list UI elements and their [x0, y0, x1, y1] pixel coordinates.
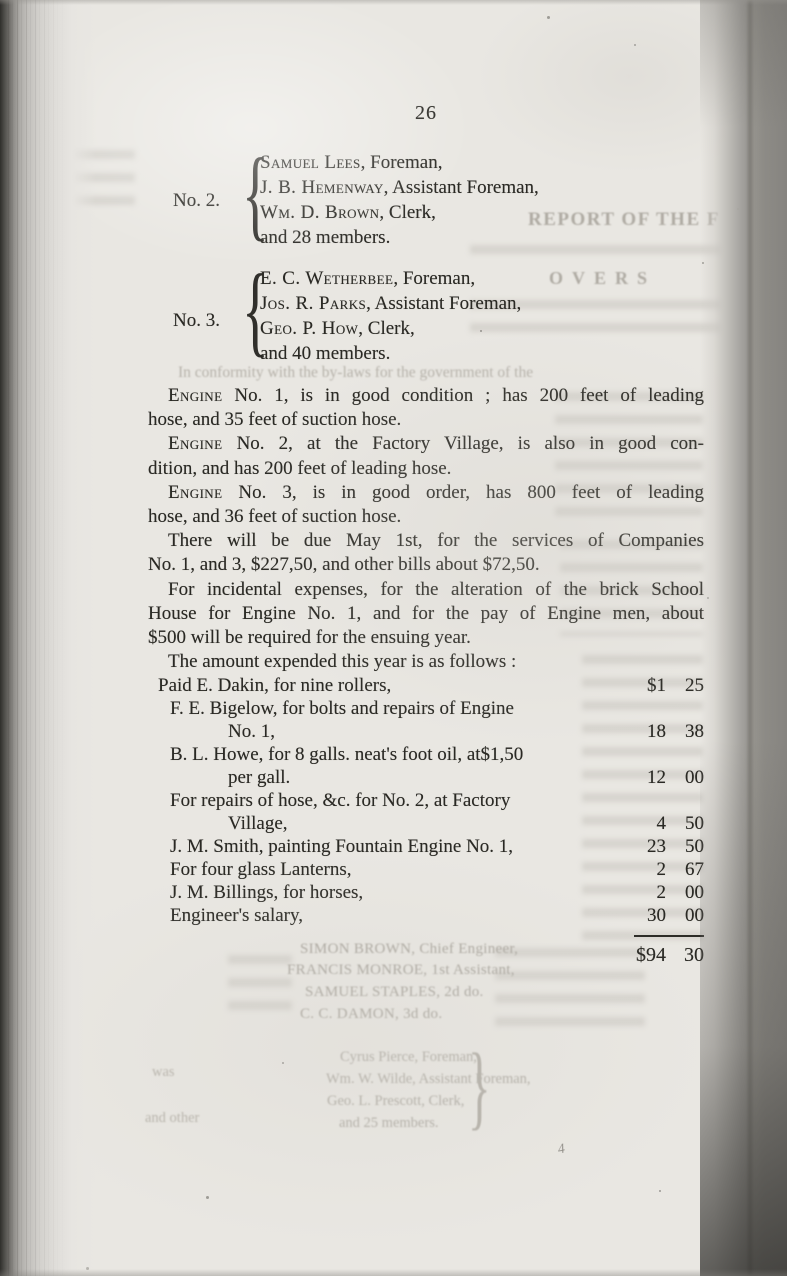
bleedthrough-fragment: was	[152, 1064, 175, 1081]
amount: 267	[626, 858, 704, 881]
expense-row: B. L. Howe, for 8 galls. neat's foot oil…	[148, 743, 704, 789]
roster-label: No. 2.	[173, 190, 220, 212]
amount: 1200	[626, 766, 704, 789]
top-edge-shadow	[0, 0, 787, 5]
roster-line: E. C. Wetherbee, Foreman,	[260, 266, 700, 291]
roster-label: No. 3.	[173, 310, 220, 332]
expense-row: J. M. Billings, for horses, 200	[148, 881, 704, 904]
roster-no-3: No. 3. { E. C. Wetherbee, Foreman, Jos. …	[148, 266, 704, 368]
expense-row: F. E. Bigelow, for bolts and repairs of …	[148, 697, 704, 743]
roster-no-2: No. 2. { Samuel Lees, Foreman, J. B. Hem…	[148, 150, 704, 252]
roster-line: Jos. R. Parks, Assistant Foreman,	[260, 291, 700, 316]
bleedthrough-fragment: and other	[145, 1110, 199, 1127]
body-line: The amount expended this year is as foll…	[148, 650, 704, 674]
bleedthrough-company-line: Geo. L. Prescott, Clerk,	[327, 1093, 464, 1110]
body-line: For incidental expenses, for the alterat…	[148, 578, 704, 602]
body-line: Engine No. 1, is in good condition ; has…	[148, 384, 704, 408]
roster-line: Samuel Lees, Foreman,	[260, 150, 700, 175]
expense-row: J. M. Smith, painting Fountain Engine No…	[148, 835, 704, 858]
expense-row: For repairs of hose, &c. for No. 2, at F…	[148, 789, 704, 835]
page-number: 26	[148, 102, 704, 125]
body-line: $500 will be required for the ensuing ye…	[148, 626, 704, 650]
body-line: There will be due May 1st, for the servi…	[148, 529, 704, 553]
body-line: Engine No. 2, at the Factory Village, is…	[148, 432, 704, 456]
bleedthrough-company-line: Cyrus Pierce, Foreman,	[340, 1049, 477, 1066]
roster-line: and 40 members.	[260, 341, 700, 366]
expense-row: For four glass Lanterns, 267	[148, 858, 704, 881]
bleedthrough-company-line: Wm. W. Wilde, Assistant Foreman,	[326, 1071, 531, 1088]
body-line: hose, and 36 feet of suction hose.	[148, 505, 704, 529]
signature-mark: 4	[556, 1141, 566, 1158]
expense-row: Engineer's salary, 3000	[148, 904, 704, 927]
bleedthrough-officer: SAMUEL STAPLES, 2d do.	[305, 984, 484, 1001]
expense-table: Paid E. Dakin, for nine rollers, $125 F.…	[148, 674, 704, 967]
amount: 2350	[626, 835, 704, 858]
body-paragraphs: Engine No. 1, is in good condition ; has…	[148, 384, 704, 674]
body-line: dition, and has 200 feet of leading hose…	[148, 457, 704, 481]
body-line: House for Engine No. 1, and for the pay …	[148, 602, 704, 626]
body-line: Engine No. 3, is in good order, has 800 …	[148, 481, 704, 505]
amount: 3000	[626, 904, 704, 927]
total-rule	[634, 935, 704, 937]
bleedthrough-officer: C. C. DAMON, 3d do.	[300, 1006, 442, 1023]
bleedthrough-company-line: and 25 members.	[339, 1115, 438, 1132]
scanned-page: REPORT OF THE F OVERS In conformity with…	[0, 0, 787, 1276]
total-row: $9430	[148, 944, 704, 967]
amount: 200	[626, 881, 704, 904]
amount: 1838	[626, 720, 704, 743]
roster-line: J. B. Hemenway, Assistant Foreman,	[260, 175, 700, 200]
roster-line: Wm. D. Brown, Clerk,	[260, 200, 700, 225]
roster-line: and 28 members.	[260, 225, 700, 250]
amount: 450	[626, 812, 704, 835]
total-amount: $9430	[618, 944, 704, 967]
roster-line: Geo. P. How, Clerk,	[260, 316, 700, 341]
fold-corner-shadow	[700, 0, 787, 1276]
body-line: hose, and 35 feet of suction hose.	[148, 408, 704, 432]
body-line: No. 1, and 3, $227,50, and other bills a…	[148, 553, 704, 577]
page-edge-streaks	[8, 0, 66, 1276]
bottom-edge-shadow	[0, 1269, 787, 1276]
expense-row: Paid E. Dakin, for nine rollers, $125	[148, 674, 704, 697]
amount: $125	[626, 674, 704, 697]
